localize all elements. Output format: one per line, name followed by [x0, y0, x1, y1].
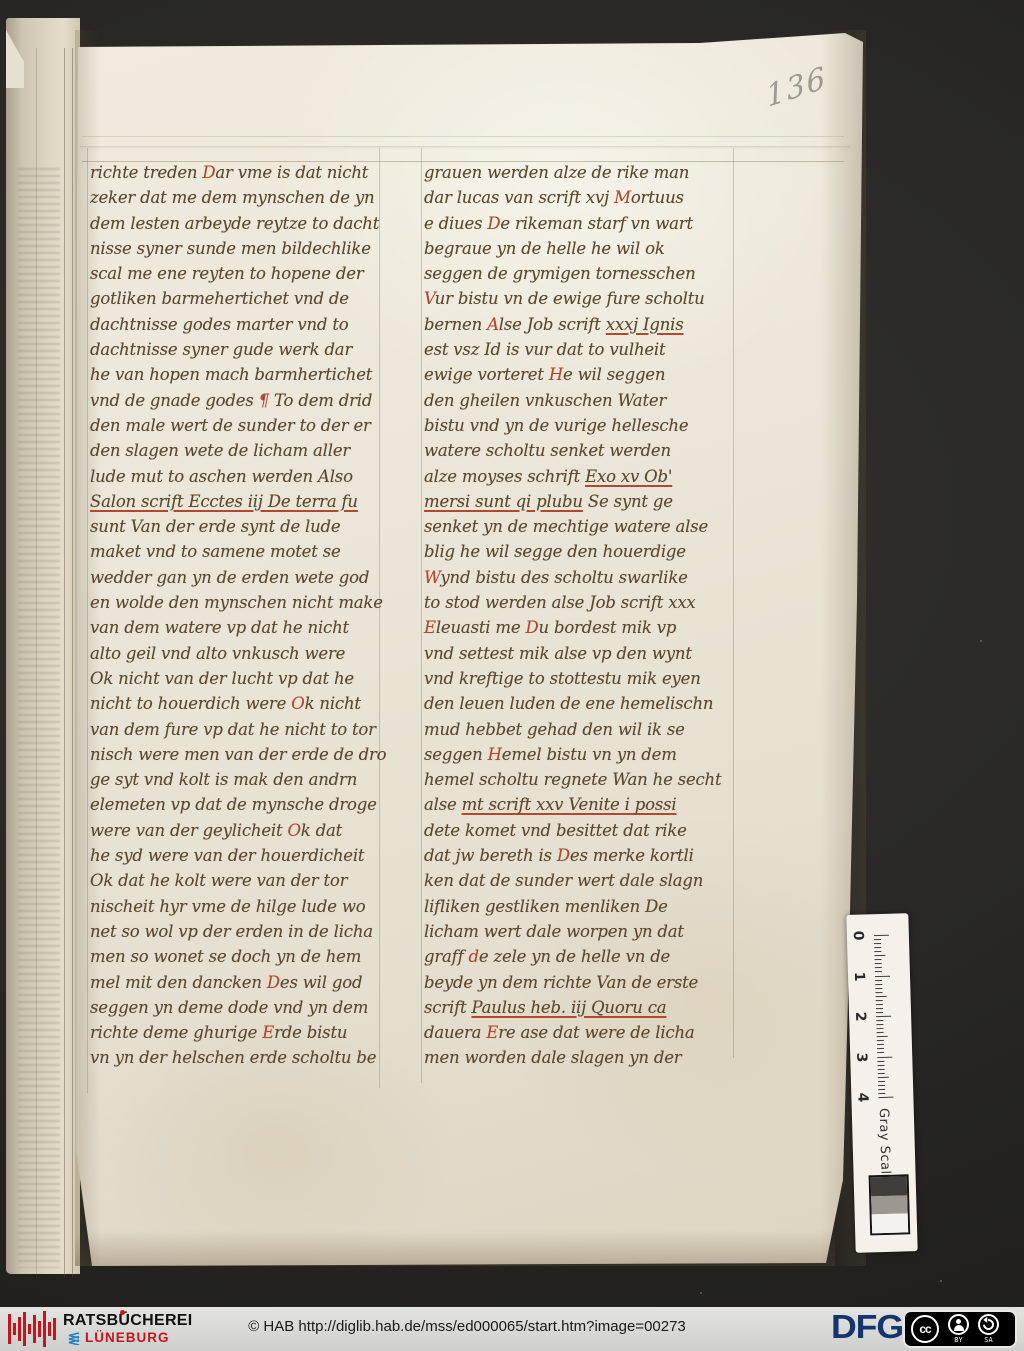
- ruler-number: 0: [850, 926, 866, 944]
- manuscript-line: den male wert de sunder to der er: [90, 413, 390, 438]
- ruler-tick: [874, 939, 881, 940]
- dfg-logo: DFG: [831, 1308, 903, 1346]
- cc-by-label: BY: [954, 1336, 962, 1344]
- library-bars-icon: [8, 1309, 56, 1349]
- ruler-tick: [874, 943, 881, 944]
- page-crease: [80, 146, 850, 149]
- ruler-number: 4: [854, 1088, 870, 1106]
- manuscript-line: grauen werden alze de rike man: [424, 160, 724, 185]
- manuscript-line: dauera Ere ase dat were de licha: [424, 1020, 724, 1045]
- manuscript-line: nisch were men van der erde de dro: [90, 742, 390, 767]
- manuscript-line: dem lesten arbeyde reytze to dacht: [90, 211, 390, 236]
- ruling-line: [421, 148, 422, 1083]
- manuscript-line: seggen Hemel bistu vn yn dem: [424, 742, 724, 767]
- manuscript-line: dat jw bereth is Des merke kortli: [424, 843, 724, 868]
- manuscript-line: Eleuasti me Du bordest mik vp: [424, 615, 724, 640]
- manuscript-line: lifliken gestliken menliken De: [424, 894, 724, 919]
- ruler-tick: [874, 951, 881, 952]
- manuscript-line: lude mut to aschen werden Also: [90, 464, 390, 489]
- manuscript-line: Vur bistu vn de ewige fure scholtu: [424, 286, 724, 311]
- manuscript-line: ge syt vnd kolt is mak den andrn: [90, 767, 390, 792]
- page-edge-line: [72, 48, 73, 1278]
- manuscript-line: elemeten vp dat de mynsche droge: [90, 792, 390, 817]
- gray-swatch-dark: [871, 1176, 908, 1196]
- manuscript-line: men so wonet se doch yn de hem: [90, 944, 390, 969]
- ruler-numbers: 01234: [846, 913, 908, 915]
- manuscript-line: scal me ene reyten to hopene der: [90, 261, 390, 286]
- ruler-tick: [877, 1040, 884, 1041]
- ruler-tick: [875, 967, 882, 968]
- manuscript-line: Ok dat he kolt were van der tor: [90, 868, 390, 893]
- manuscript-line: mud hebbet gehad den wil ik se: [424, 717, 724, 742]
- underlying-page-corner: [6, 30, 24, 88]
- manuscript-line: vnd kreftige to stottestu mik eyen: [424, 666, 724, 691]
- ruler-tick: [874, 935, 889, 936]
- logo-bar: [53, 1318, 56, 1340]
- cc-sa-arrow-icon: [978, 1314, 999, 1335]
- manuscript-column-left: richte treden Dar vme is dat nichtzeker …: [90, 160, 390, 1071]
- copyright-url-text: © HAB http://diglib.hab.de/mss/ed000065/…: [237, 1318, 697, 1335]
- manuscript-line: alze moyses schrift Exo xv Ob': [424, 464, 724, 489]
- logo-bar: [33, 1315, 36, 1343]
- ruler-tick: [875, 988, 882, 989]
- manuscript-line: seggen de grymigen tornesschen: [424, 261, 724, 286]
- manuscript-line: den slagen wete de licham aller: [90, 438, 390, 463]
- manuscript-line: dachtnisse godes marter vnd to: [90, 312, 390, 337]
- ruler-tick: [875, 984, 882, 985]
- ruler-tick: [877, 1036, 888, 1037]
- manuscript-line: Salon scrift Ecctes iij De terra fu: [90, 489, 390, 514]
- gray-scale-label: Gray Scale: [876, 1108, 893, 1184]
- ruler-tick: [878, 1077, 889, 1078]
- ruler-tick: [877, 1052, 884, 1053]
- creative-commons-badge: cc BY SA: [903, 1310, 1017, 1348]
- manuscript-line: alse mt scrift xxv Venite i possi: [424, 792, 724, 817]
- manuscript-line: e diues De rikeman starf vn wart: [424, 211, 724, 236]
- manuscript-line: vnd settest mik alse vp den wynt: [424, 641, 724, 666]
- cc-sa-label: SA: [984, 1336, 992, 1344]
- manuscript-line: dar lucas van scrift xvj Mortuus: [424, 185, 724, 210]
- ruler-tick: [878, 1081, 885, 1082]
- manuscript-line: ewige vorteret He wil seggen: [424, 362, 724, 387]
- manuscript-line: wedder gan yn de erden wete god: [90, 565, 390, 590]
- manuscript-line: were van der geylicheit Ok dat: [90, 818, 390, 843]
- cc-logo: cc: [911, 1315, 939, 1343]
- logo-bar: [8, 1314, 11, 1344]
- manuscript-line: ken dat de sunder wert dale slagn: [424, 868, 724, 893]
- logo-bar: [18, 1317, 21, 1341]
- manuscript-line: nischeit hyr vme de hilge lude wo: [90, 894, 390, 919]
- manuscript-line: sunt Van der erde synt de lude: [90, 514, 390, 539]
- ruler-tick: [878, 1069, 885, 1070]
- cc-by: BY: [948, 1314, 969, 1344]
- ruler-number: 1: [851, 967, 867, 985]
- manuscript-line: richte deme ghurige Erde bistu: [90, 1020, 390, 1045]
- manuscript-line: dachtnisse syner gude werk dar: [90, 337, 390, 362]
- manuscript-line: licham wert dale worpen yn dat: [424, 919, 724, 944]
- page-edge-line: [36, 48, 37, 1278]
- manuscript-line: nisse syner sunde men bildechlike: [90, 236, 390, 261]
- ruler-tick: [874, 955, 885, 956]
- manuscript-line: beyde yn dem richte Van de erste: [424, 970, 724, 995]
- manuscript-line: richte treden Dar vme is dat nicht: [90, 160, 390, 185]
- manuscript-line: est vsz Id is vur dat to vulheit: [424, 337, 724, 362]
- ruler-tick: [878, 1093, 885, 1094]
- ruler-number: 2: [852, 1007, 868, 1025]
- logo-bar: [28, 1324, 31, 1334]
- ruler-tick: [877, 1060, 884, 1061]
- manuscript-line: en wolde den mynschen nicht make: [90, 590, 390, 615]
- logo-bar: [23, 1312, 26, 1346]
- manuscript-line: blig he wil segge den houerdige: [424, 539, 724, 564]
- manuscript-line: men worden dale slagen yn der: [424, 1045, 724, 1070]
- gray-swatch-light: [872, 1214, 909, 1234]
- book-page-stack-edge: [6, 18, 80, 1274]
- logo-bar: [43, 1311, 46, 1347]
- manuscript-line: nicht to houerdich were Ok nicht: [90, 691, 390, 716]
- cc-by-person-icon: [948, 1314, 969, 1335]
- library-name-line2: LÜNEBURG: [85, 1331, 170, 1345]
- logo-bar: [48, 1322, 51, 1336]
- manuscript-line: maket vnd to samene motet se: [90, 539, 390, 564]
- logo-bar: [38, 1321, 41, 1337]
- cc-icon: cc: [911, 1315, 939, 1343]
- library-name: RATSBÜCHEREI LÜNEBURG: [63, 1313, 193, 1345]
- digitized-manuscript-scan: richte treden Dar vme is dat nichtzeker …: [0, 0, 1024, 1351]
- show-through-text: [18, 168, 60, 1268]
- footer-bar: RATSBÜCHEREI LÜNEBURG © HAB http://digli…: [0, 1307, 1024, 1351]
- page-edge-line: [64, 48, 65, 1278]
- manuscript-line: mel mit den dancken Des wil god: [90, 970, 390, 995]
- ruler-ticks: [846, 913, 908, 915]
- manuscript-line: vnd de gnade godes ¶ To dem drid: [90, 388, 390, 413]
- logo-bar: [13, 1323, 16, 1335]
- manuscript-line: seggen yn deme dode vnd yn dem: [90, 995, 390, 1020]
- ruler-tick: [876, 1000, 883, 1001]
- ruler-tick: [876, 1020, 883, 1021]
- manuscript-line: den gheilen vnkuschen Water: [424, 388, 724, 413]
- library-name-line1: RATSBÜCHEREI: [63, 1313, 193, 1329]
- ruling-line: [82, 136, 844, 137]
- manuscript-line: he van hopen mach barmhertichet: [90, 362, 390, 387]
- ruler-tick: [875, 959, 882, 960]
- ruler-tick: [876, 1012, 883, 1013]
- manuscript-line: net so wol vp der erden in de licha: [90, 919, 390, 944]
- ruler-tick: [876, 1008, 883, 1009]
- manuscript-line: scrift Paulus heb. iij Quoru ca: [424, 995, 724, 1020]
- ruler-tick: [876, 1004, 883, 1005]
- manuscript-line: senket yn de mechtige watere alse: [424, 514, 724, 539]
- manuscript-line: den leuen luden de ene hemelischn: [424, 691, 724, 716]
- ruler-tick: [876, 1016, 891, 1017]
- manuscript-line: watere scholtu senket werden: [424, 438, 724, 463]
- manuscript-line: alto geil vnd alto vnkusch were: [90, 641, 390, 666]
- cc-sa: SA: [978, 1314, 999, 1344]
- ruler-tick: [878, 1097, 893, 1098]
- manuscript-line: gotliken barmehertichet vnd de: [90, 286, 390, 311]
- dust-speck: [700, 1292, 702, 1294]
- manuscript-column-right: grauen werden alze de rike mandar lucas …: [424, 160, 724, 1071]
- manuscript-line: bernen Alse Job scrift xxxj Ignis: [424, 312, 724, 337]
- manuscript-line: vn yn der helschen erde scholtu be: [90, 1045, 390, 1070]
- manuscript-line: Wynd bistu des scholtu swarlike: [424, 565, 724, 590]
- ruler-tick: [874, 947, 881, 948]
- ruler-tick: [877, 1048, 884, 1049]
- ruler-tick: [875, 963, 882, 964]
- ruler-tick: [877, 1032, 884, 1033]
- ruler-tick: [875, 992, 882, 993]
- manuscript-line: graff de zele yn de helle vn de: [424, 944, 724, 969]
- manuscript-line: he syd were van der houerdicheit: [90, 843, 390, 868]
- ruling-line: [87, 148, 88, 1093]
- dust-speck: [940, 1280, 942, 1282]
- ruler-tick: [875, 975, 890, 976]
- manuscript-line: dete komet vnd besittet dat rike: [424, 818, 724, 843]
- manuscript-line: Ok nicht van der lucht vp dat he: [90, 666, 390, 691]
- ruler-tick: [877, 1065, 884, 1066]
- ruler-tick: [875, 980, 882, 981]
- gray-scale-patch: [869, 1174, 911, 1235]
- manuscript-line: hemel scholtu regnete Wan he secht: [424, 767, 724, 792]
- ruler-tick: [876, 996, 887, 997]
- manuscript-line: mersi sunt qi plubu Se synt ge: [424, 489, 724, 514]
- ruler-tick: [875, 971, 882, 972]
- ruler-tick: [876, 1024, 883, 1025]
- wave-icon: [63, 1332, 81, 1345]
- library-logo: RATSBÜCHEREI LÜNEBURG: [8, 1309, 193, 1349]
- manuscript-line: van dem watere vp dat he nicht: [90, 615, 390, 640]
- manuscript-line: bistu vnd yn de vurige hellesche: [424, 413, 724, 438]
- gray-swatch-mid: [871, 1195, 908, 1215]
- ruler-tick: [876, 1028, 883, 1029]
- ruling-line: [733, 148, 734, 1058]
- ruler-number: 3: [853, 1048, 869, 1066]
- manuscript-line: to stod werden alse Job scrift xxx: [424, 590, 724, 615]
- measuring-ruler: 01234 Gray Scale: [846, 913, 917, 1253]
- ruler-tick: [878, 1089, 885, 1090]
- ruler-tick: [877, 1044, 884, 1045]
- manuscript-line: zeker dat me dem mynschen de yn: [90, 185, 390, 210]
- dust-speck: [980, 640, 982, 642]
- ruler-tick: [878, 1073, 885, 1074]
- ruler-tick: [878, 1085, 885, 1086]
- manuscript-line: begraue yn de helle he wil ok: [424, 236, 724, 261]
- manuscript-line: van dem fure vp dat he nicht to tor: [90, 717, 390, 742]
- ruler-tick: [877, 1056, 892, 1057]
